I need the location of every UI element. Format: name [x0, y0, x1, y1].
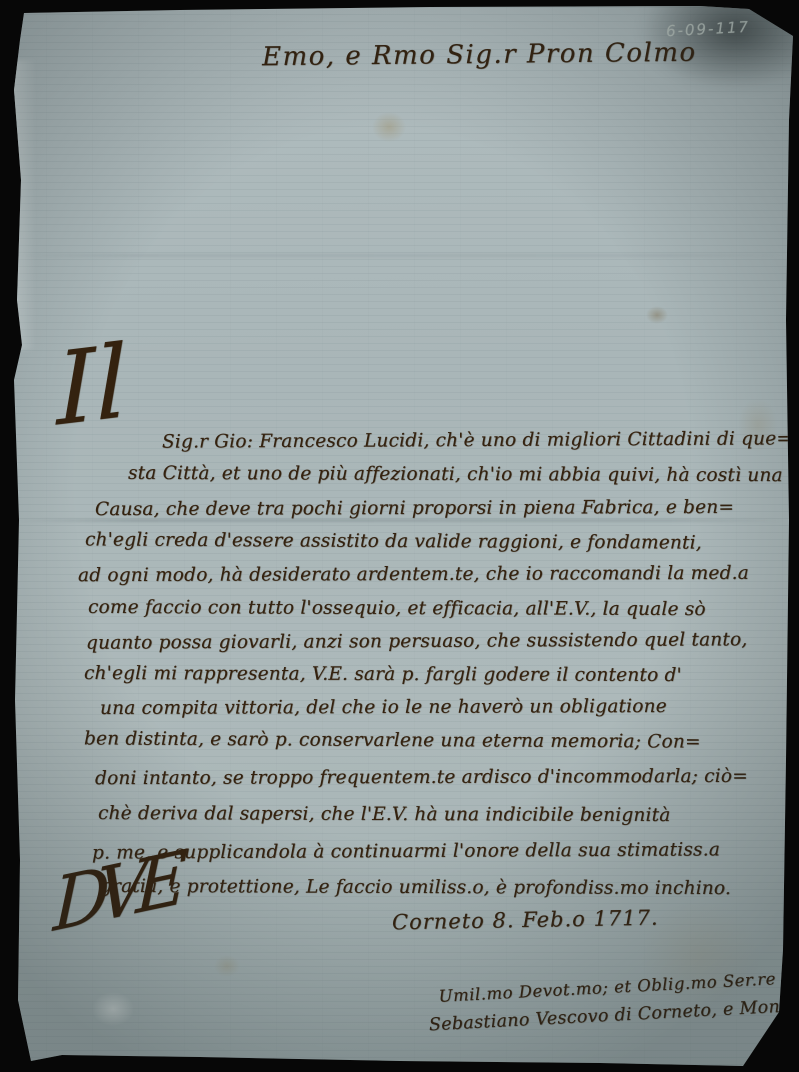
- paper-stain: [646, 306, 668, 324]
- paper-stain: [214, 955, 240, 977]
- manuscript-line: come faccio con tutto l'ossequio, et eff…: [88, 597, 706, 620]
- manuscript-line: gratia, e protettione, Le faccio umiliss…: [100, 876, 731, 899]
- manuscript-line: una compita vittoria, del che io le ne h…: [100, 696, 667, 719]
- manuscript-line: doni intanto, se troppo frequentem.te ar…: [95, 766, 748, 789]
- manuscript-line: ch'egli mi rappresenta, V.E. sarà p. far…: [84, 663, 682, 686]
- paper-stain: [92, 992, 134, 1026]
- signature-block: Umil.mo Devot.mo; et Oblig.mo Ser.re Seb…: [427, 969, 789, 1036]
- valediction-monogram: DVE: [52, 842, 177, 942]
- manuscript-line: ch'egli creda d'essere assistito da vali…: [85, 529, 702, 553]
- manuscript-line: ad ogni modo, hà desiderato ardentem.te,…: [78, 563, 749, 586]
- scan-background: Emo, e Rmo Sig.r Pron Colmo 6-09-117 Il …: [0, 0, 799, 1072]
- paper-stain: [372, 112, 406, 142]
- letter-paper: Emo, e Rmo Sig.r Pron Colmo 6-09-117 Il …: [0, 0, 799, 1072]
- dateline: Corneto 8. Feb.o 1717.: [392, 906, 659, 935]
- manuscript-line: ben distinta, e sarò p. conservarlene un…: [84, 728, 701, 752]
- flourished-initial: Il: [55, 331, 128, 440]
- fold-crease: [16, 254, 786, 257]
- paper-edge-chip: [10, 60, 36, 350]
- manuscript-line: Sig.r Gio: Francesco Lucidi, ch'è uno di…: [162, 428, 792, 452]
- salutation-line: Emo, e Rmo Sig.r Pron Colmo: [262, 38, 697, 73]
- manuscript-line: sta Città, et uno de più affezionati, ch…: [128, 463, 783, 486]
- manuscript-line: chè deriva dal sapersi, che l'E.V. hà un…: [98, 803, 671, 826]
- manuscript-line: p. me, e supplicandola à continuarmi l'o…: [92, 839, 720, 863]
- manuscript-line: quanto possa giovarli, anzi son persuaso…: [86, 629, 748, 653]
- manuscript-line: Causa, che deve tra pochi giorni propors…: [95, 497, 734, 520]
